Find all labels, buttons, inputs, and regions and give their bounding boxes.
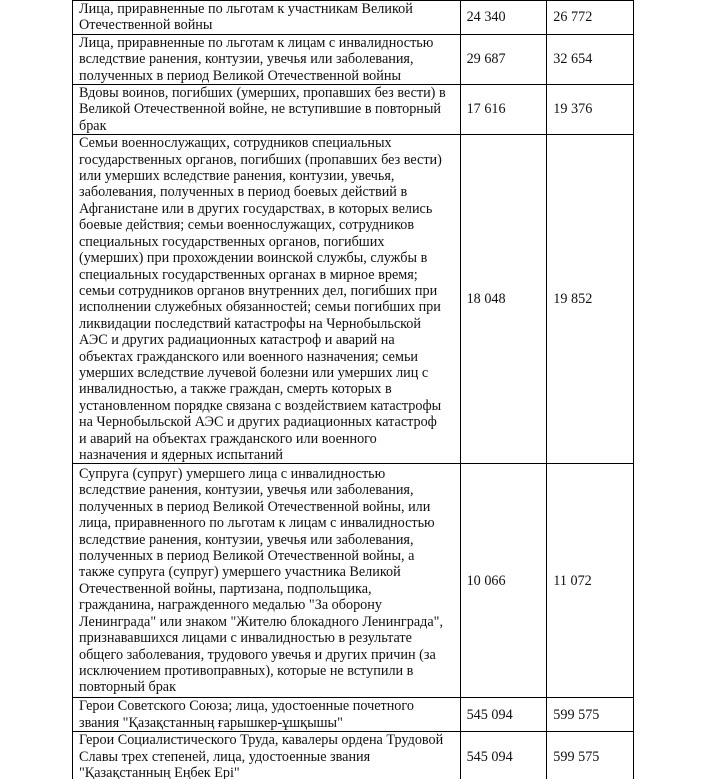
category-text: Вдовы воинов, погибших (умерших, пропавш… [79,85,454,134]
value-2-cell: 26 772 [547,1,634,35]
value-2-cell: 32 654 [547,34,634,84]
category-cell: Семьи военнослужащих, сотрудников специа… [73,135,461,464]
value-1-cell: 29 687 [460,34,547,84]
category-cell: Супруга (супруг) умершего лица с инвалид… [73,464,461,698]
table-row: Лица, приравненные по льготам к участник… [73,1,634,35]
category-text: Герои Советского Союза; лица, удостоенны… [79,698,454,731]
benefits-table: Лица, приравненные по льготам к участник… [72,0,634,779]
category-cell: Герои Советского Союза; лица, удостоенны… [73,698,461,732]
category-text: Семьи военнослужащих, сотрудников специа… [79,135,454,463]
category-text: Супруга (супруг) умершего лица с инвалид… [79,466,454,696]
table-row: Вдовы воинов, погибших (умерших, пропавш… [73,85,634,135]
value-1-cell: 545 094 [460,732,547,779]
category-cell: Герои Социалистического Труда, кавалеры … [73,732,461,779]
table-row: Лица, приравненные по льготам к лицам с … [73,34,634,84]
category-cell: Лица, приравненные по льготам к лицам с … [73,34,461,84]
value-2-cell: 19 852 [547,135,634,464]
value-1-cell: 10 066 [460,464,547,698]
value-2-cell: 599 575 [547,732,634,779]
value-2-cell: 11 072 [547,464,634,698]
table-row: Семьи военнослужащих, сотрудников специа… [73,135,634,464]
value-2-cell: 599 575 [547,698,634,732]
value-1-cell: 24 340 [460,1,547,35]
category-cell: Лица, приравненные по льготам к участник… [73,1,461,35]
value-1-cell: 17 616 [460,85,547,135]
category-text: Лица, приравненные по льготам к лицам с … [79,35,454,84]
value-1-cell: 545 094 [460,698,547,732]
value-2-cell: 19 376 [547,85,634,135]
table-row: Супруга (супруг) умершего лица с инвалид… [73,464,634,698]
table-row: Герои Советского Союза; лица, удостоенны… [73,698,634,732]
value-1-cell: 18 048 [460,135,547,464]
category-text: Герои Социалистического Труда, кавалеры … [79,732,454,779]
table-row: Герои Социалистического Труда, кавалеры … [73,732,634,779]
category-text: Лица, приравненные по льготам к участник… [79,1,454,34]
category-cell: Вдовы воинов, погибших (умерших, пропавш… [73,85,461,135]
